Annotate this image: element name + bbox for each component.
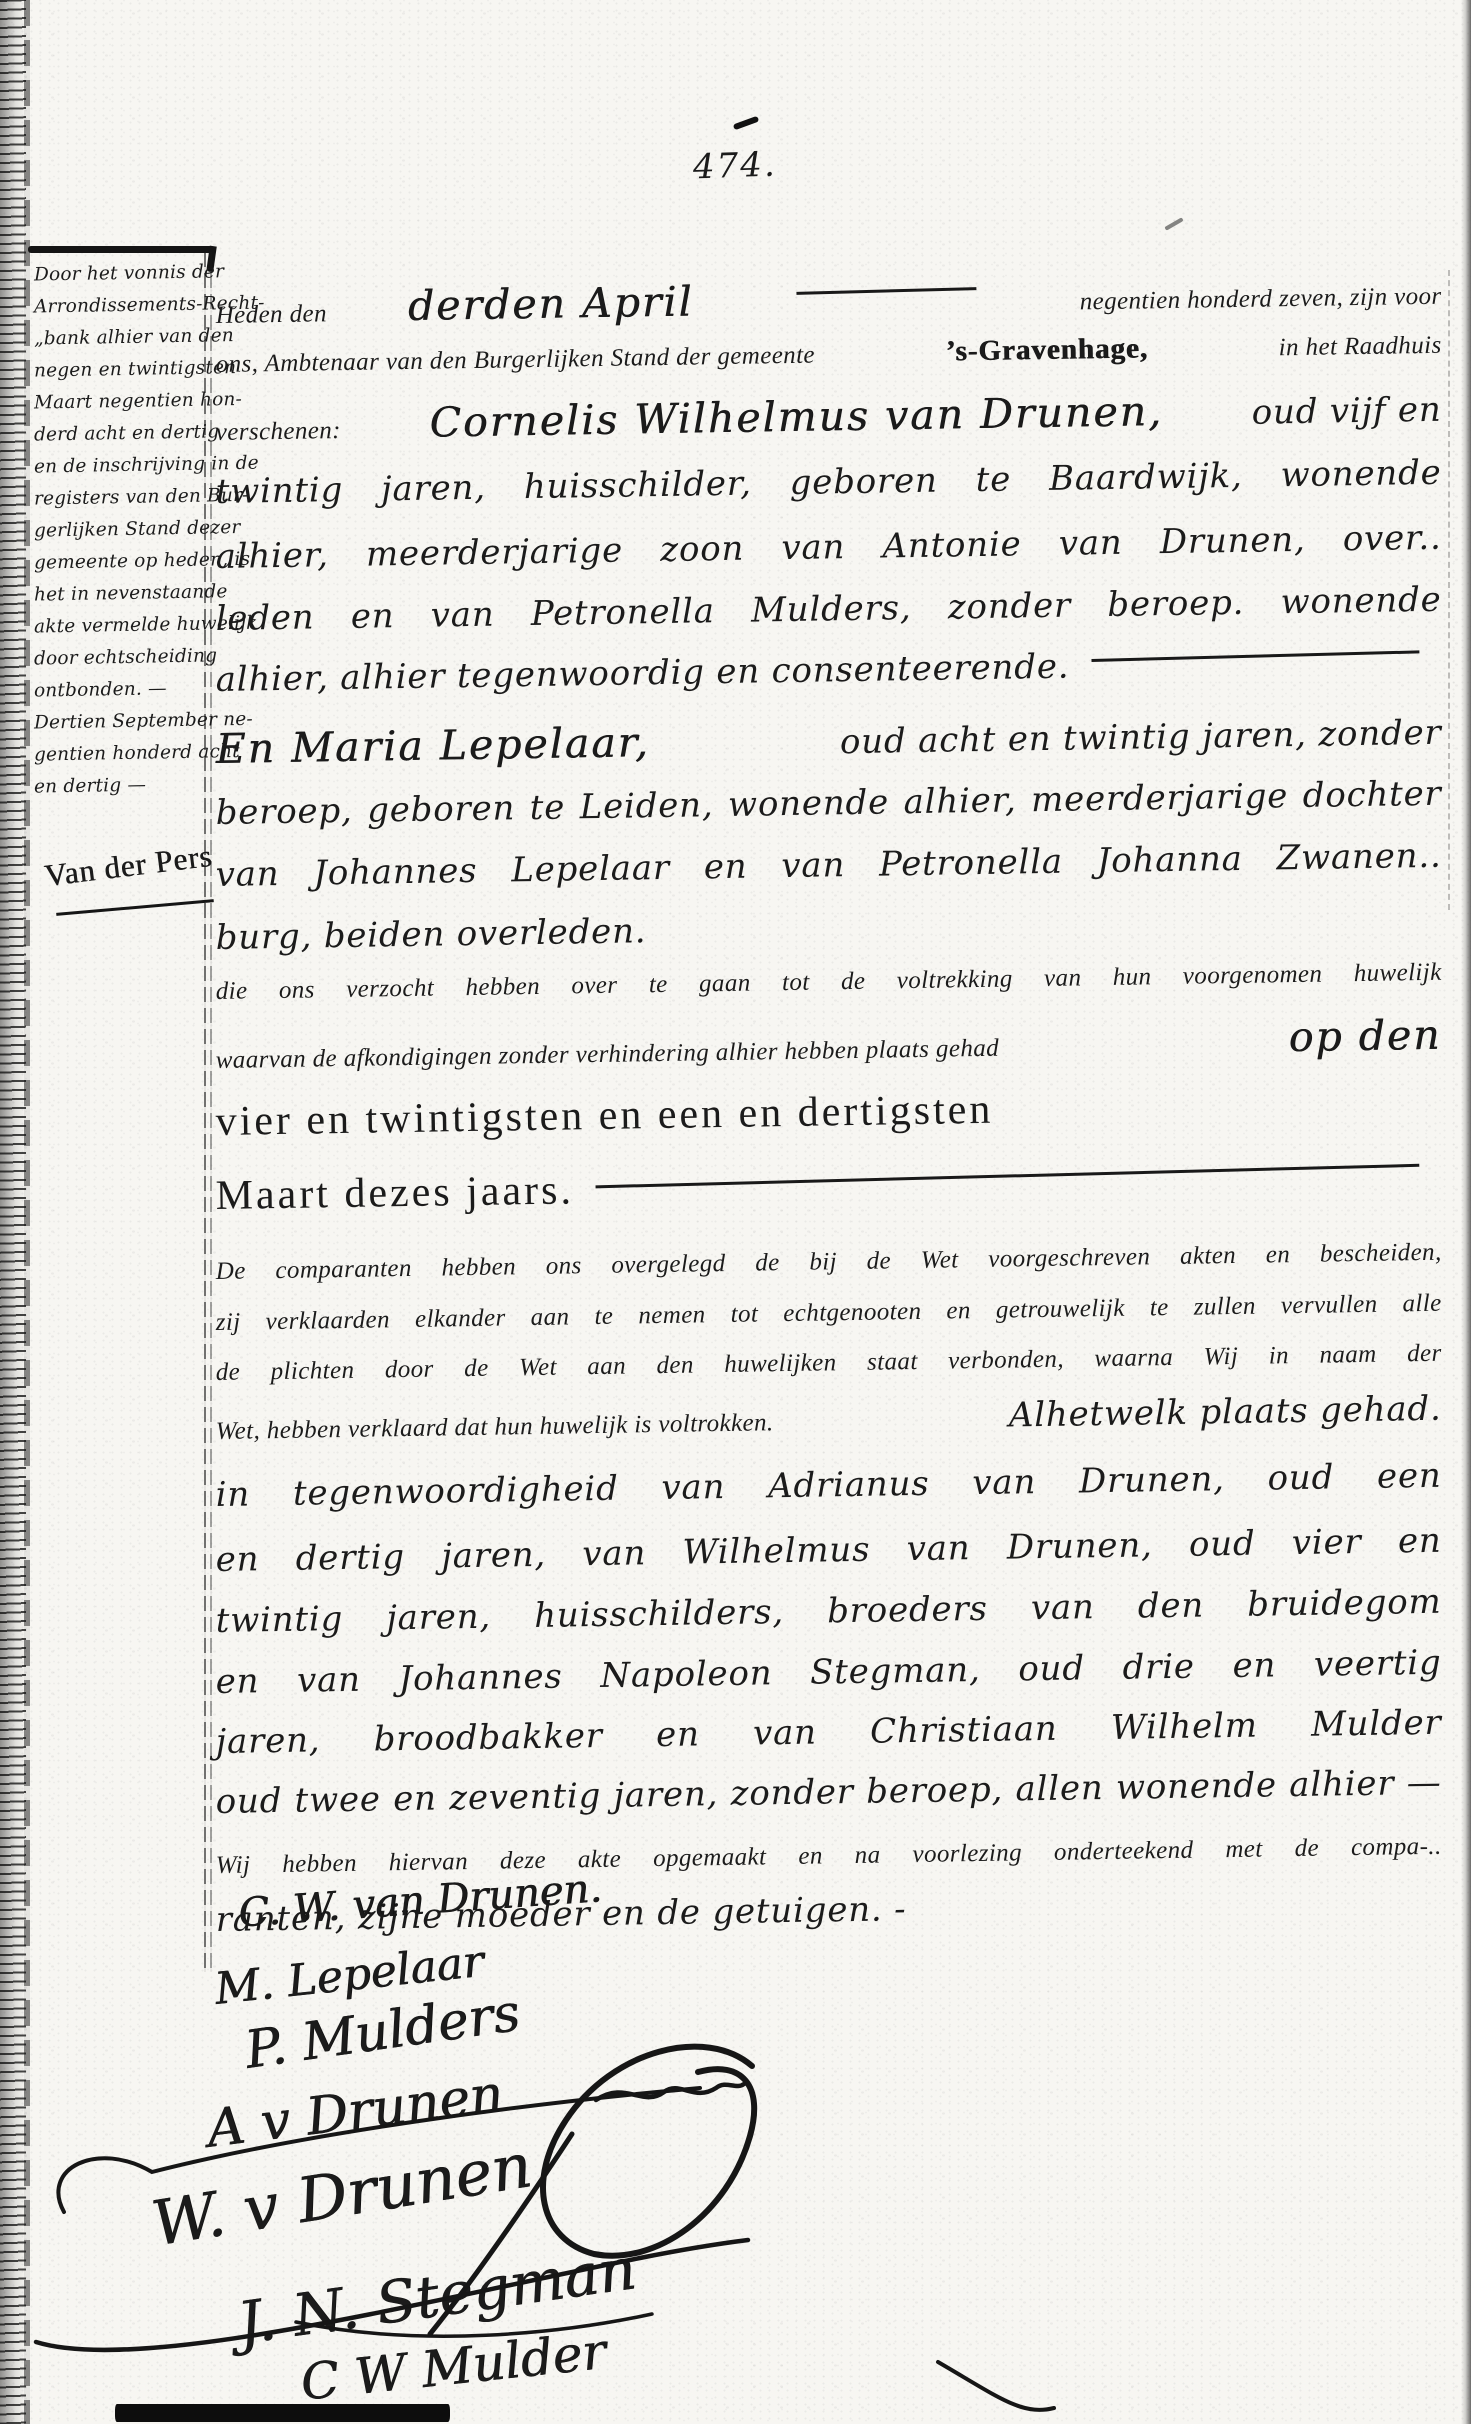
- text-segment: En Maria Lepelaar,: [215, 718, 650, 773]
- text-segment: Maart dezes jaars.: [215, 1166, 574, 1220]
- right-edge-streak: [1461, 0, 1471, 2424]
- act-text-line: De comparanten hebben ons overgelegd de …: [216, 1239, 1442, 1286]
- act-text-line: Wet, hebben verklaard dat hun huwelijk i…: [215, 1389, 1441, 1448]
- text-segment: oud vijf en: [1251, 390, 1441, 433]
- margin-note-line: ontbonden. —: [34, 672, 211, 707]
- margin-note-line: door echtscheiding: [34, 640, 211, 675]
- margin-note: Door het vonnis derArrondissements-Recht…: [34, 258, 210, 802]
- act-text-line: en van Johannes Napoleon Stegman, oud dr…: [215, 1643, 1441, 1702]
- handwritten-dash-rule: [596, 1163, 1419, 1188]
- text-segment: Alhetwelk plaats gehad.: [1009, 1389, 1442, 1436]
- text-segment: in tegenwoordigheid van Adrianus van Dru…: [215, 1456, 1441, 1515]
- text-segment: De comparanten hebben ons overgelegd de …: [216, 1239, 1442, 1285]
- ink-speck: [1164, 217, 1183, 230]
- act-text-line: en dertig jaren, van Wilhelmus van Drune…: [215, 1521, 1441, 1580]
- text-segment: oud acht en twintig jaren, zonder: [840, 713, 1442, 762]
- act-text-line: de plichten door de Wet aan den huwelijk…: [216, 1340, 1442, 1387]
- text-segment: alhier, meerderjarige zoon van Antonie v…: [215, 518, 1441, 577]
- margin-note-line: akte vermelde huwelijk: [34, 608, 211, 643]
- text-segment: de plichten door de Wet aan den huwelijk…: [216, 1340, 1442, 1386]
- act-text-line: in tegenwoordigheid van Adrianus van Dru…: [215, 1456, 1441, 1515]
- left-binding-streak-2: [24, 0, 30, 2424]
- margin-note-lines: Door het vonnis derArrondissements-Recht…: [34, 258, 210, 802]
- margin-note-line: Dertien September ne-: [34, 704, 211, 739]
- text-segment: Heden den: [216, 300, 328, 330]
- margin-note-line: registers van den Bur-: [34, 480, 211, 515]
- signature: W. v Drunen: [147, 2129, 537, 2261]
- margin-note-line: gentien honderd acht: [34, 736, 211, 771]
- margin-note-line: gerlijken Stand dezer: [34, 512, 211, 547]
- margin-signature-underline: [56, 899, 214, 916]
- text-segment: jaren, broodbakker en van Christiaan Wil…: [215, 1703, 1441, 1762]
- page-number: 474.: [692, 145, 777, 188]
- act-text-line: waarvan de afkondigingen zonder verhinde…: [215, 1011, 1442, 1078]
- text-segment: Wij hebben hiervan deze akte opgemaakt e…: [216, 1833, 1442, 1879]
- text-segment: vier en twintigsten en een en dertigsten: [215, 1087, 993, 1145]
- margin-divider-line-2: [210, 252, 212, 1972]
- text-segment: Wet, hebben verklaard dat hun huwelijk i…: [216, 1409, 774, 1446]
- text-segment: ons, Ambtenaar van den Burgerlijken Stan…: [216, 342, 816, 379]
- act-text-line: jaren, broodbakker en van Christiaan Wil…: [215, 1703, 1441, 1762]
- text-segment: zij verklaarden elkander aan te nemen to…: [216, 1290, 1442, 1336]
- text-segment: verschenen:: [216, 417, 342, 447]
- text-segment: negentien honderd zeven, zijn voor: [1080, 283, 1442, 317]
- text-segment: alhier, alhier tegenwoordig en consentee…: [215, 647, 1069, 700]
- official-signature-flourish: [543, 2047, 754, 2256]
- text-segment: twintig jaren, huisschilder, geboren te …: [215, 453, 1441, 512]
- act-text-line: leden en van Petronella Mulders, zonder …: [215, 580, 1441, 639]
- act-text-line: Maart dezes jaars.: [215, 1153, 1442, 1220]
- text-segment: op den: [1288, 1011, 1442, 1061]
- act-text-line: vier en twintigsten en een en dertigsten: [215, 1079, 1442, 1146]
- text-segment: Cornelis Wilhelmus van Drunen,: [429, 387, 1163, 447]
- margin-note-line: Arrondissements-Recht-: [34, 288, 211, 323]
- act-text-line: burg, beiden overleden.: [215, 899, 1441, 958]
- margin-note-signature: Van der Pers: [42, 838, 214, 894]
- text-segment: die ons verzocht hebben over te gaan tot…: [216, 959, 1442, 1005]
- bottom-scan-bar: [115, 2404, 450, 2422]
- margin-note-line: derd acht en dertig: [34, 416, 211, 451]
- act-text-line: van Johannes Lepelaar en van Petronella …: [215, 836, 1441, 895]
- text-segment: beroep, geboren te Leiden, wonende alhie…: [215, 774, 1441, 833]
- margin-note-top-rule: [28, 246, 214, 253]
- right-margin-dashed-line: [1448, 270, 1452, 910]
- margin-note-line: het in nevenstaande: [34, 576, 211, 611]
- scanned-marriage-certificate: 474. Door het vonnis derArrondissements-…: [0, 0, 1471, 2424]
- act-text-line: alhier, alhier tegenwoordig en consentee…: [215, 641, 1441, 700]
- left-binding-streak: [0, 0, 26, 2424]
- text-segment: leden en van Petronella Mulders, zonder …: [215, 580, 1441, 639]
- margin-note-line: gemeente op heden, is: [34, 544, 211, 579]
- text-segment: waarvan de afkondigingen zonder verhinde…: [216, 1035, 1000, 1075]
- text-segment: twintig jaren, huisschilders, broeders v…: [215, 1582, 1441, 1641]
- text-segment: derden April: [407, 277, 693, 329]
- act-text-line: Heden denderden Aprilnegentien honderd z…: [215, 266, 1442, 333]
- act-text-line: verschenen:Cornelis Wilhelmus van Drunen…: [215, 383, 1442, 450]
- act-text-line: Wij hebben hiervan deze akte opgemaakt e…: [216, 1833, 1442, 1880]
- text-segment: van Johannes Lepelaar en van Petronella …: [215, 836, 1441, 895]
- margin-note-line: en dertig —: [34, 768, 211, 803]
- act-text-line: twintig jaren, huisschilder, geboren te …: [215, 453, 1441, 512]
- margin-note-line: negen en twintigsten: [34, 352, 211, 387]
- text-segment: in het Raadhuis: [1278, 332, 1441, 363]
- mulder-tail-flourish: [938, 2362, 1054, 2410]
- margin-note-line: Maart negentien hon-: [34, 384, 211, 419]
- margin-note-line: „bank alhier van den: [34, 320, 211, 355]
- act-text-line: twintig jaren, huisschilders, broeders v…: [215, 1582, 1441, 1641]
- act-text-line: ons, Ambtenaar van den Burgerlijken Stan…: [215, 328, 1441, 380]
- margin-note-line: en de inschrijving in de: [34, 448, 211, 483]
- act-text-line: beroep, geboren te Leiden, wonende alhie…: [215, 774, 1441, 833]
- text-segment: burg, beiden overleden.: [215, 911, 646, 958]
- gemeente-stamp: ’s-Gravenhage,: [945, 332, 1148, 368]
- act-text-line: oud twee en zeventig jaren, zonder beroe…: [215, 1763, 1441, 1822]
- text-segment: en van Johannes Napoleon Stegman, oud dr…: [215, 1643, 1441, 1702]
- act-text-line: alhier, meerderjarige zoon van Antonie v…: [215, 518, 1441, 577]
- text-segment: en dertig jaren, van Wilhelmus van Drune…: [215, 1521, 1441, 1580]
- ink-speck: [733, 116, 759, 131]
- act-text-line: zij verklaarden elkander aan te nemen to…: [216, 1290, 1442, 1337]
- handwritten-dash-rule: [796, 287, 976, 295]
- text-segment: oud twee en zeventig jaren, zonder beroe…: [215, 1763, 1441, 1822]
- margin-note-line: Door het vonnis der: [34, 256, 211, 291]
- act-text-line: En Maria Lepelaar,oud acht en twintig ja…: [215, 706, 1442, 773]
- act-text-line: die ons verzocht hebben over te gaan tot…: [216, 959, 1442, 1006]
- official-signature-scrawl: [596, 2084, 744, 2100]
- handwritten-dash-rule: [1091, 650, 1419, 662]
